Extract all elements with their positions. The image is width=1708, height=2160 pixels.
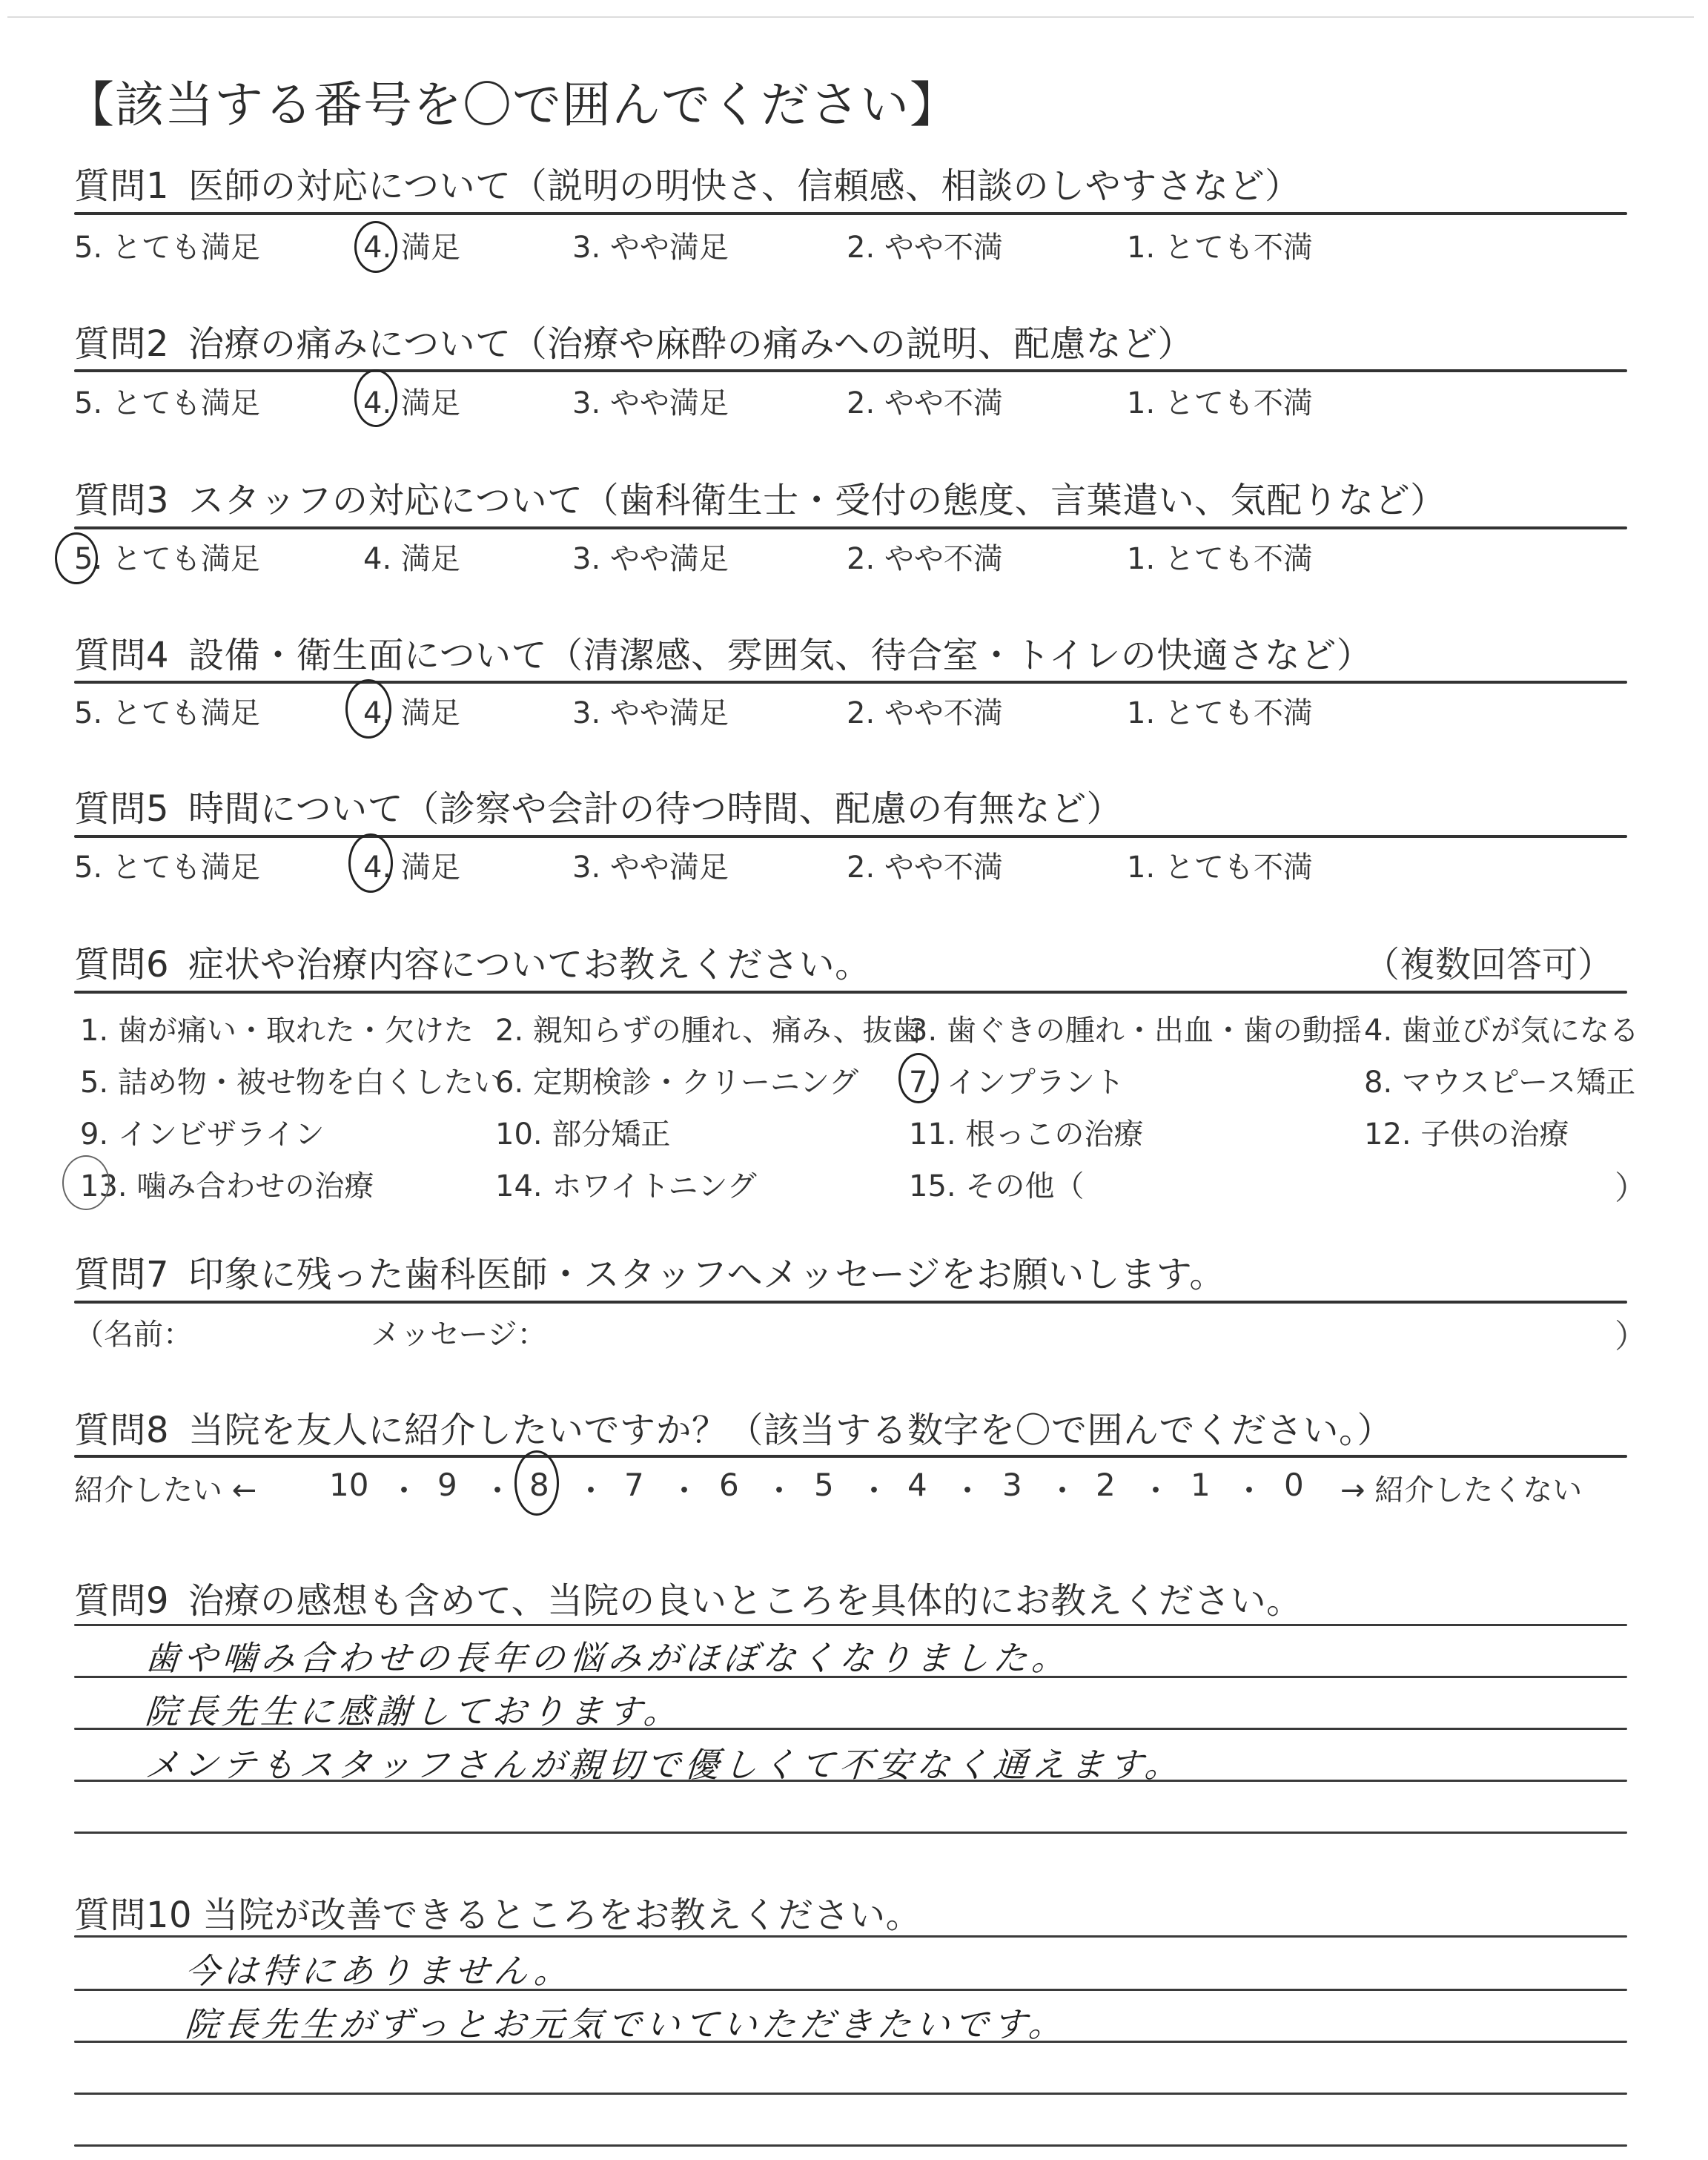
name-field[interactable] xyxy=(193,1311,356,1345)
rating-option-3[interactable]: 3. やや満足 xyxy=(572,844,729,886)
answer-line xyxy=(74,2144,1627,2147)
handwritten-answer-line[interactable]: 院長先生がずっとお元気でいていただきたいです。 xyxy=(184,1998,1069,2047)
symptom-option-15-other[interactable]: 15. その他（ xyxy=(909,1163,1084,1205)
question-6-heading: 質問6症状や治療内容についてお教えください。 xyxy=(74,936,871,987)
question-text: 設備・衛生面について（清潔感、雰囲気、待合室・トイレの快適さなど） xyxy=(188,635,1372,676)
rating-option-4[interactable]: 4. 満足 xyxy=(363,535,460,578)
rating-option-5[interactable]: 5. とても満足 xyxy=(74,690,260,732)
scale-separator: ・ xyxy=(858,1467,890,1511)
question-number: 質問6 xyxy=(74,944,169,985)
other-close-paren: ） xyxy=(1615,1161,1647,1209)
scale-separator: ・ xyxy=(482,1467,513,1511)
form-title: 【該当する番号を〇で囲んでください】 xyxy=(65,65,959,136)
question-text: スタッフの対応について（歯科衛生士・受付の態度、言葉遣い、気配りなど） xyxy=(188,480,1446,521)
symptom-option-7[interactable]: 7. インプラント xyxy=(909,1059,1125,1101)
multiple-answers-note: （複数回答可） xyxy=(1364,936,1613,987)
symptom-option-14[interactable]: 14. ホワイトニング xyxy=(495,1163,757,1205)
question-5-heading: 質問5時間について（診察や会計の待つ時間、配慮の有無など） xyxy=(74,780,1122,831)
question-text: 症状や治療内容についてお教えください。 xyxy=(188,944,871,985)
rating-option-3[interactable]: 3. やや満足 xyxy=(572,380,729,422)
question-text: 当院が改善できるところをお教えください。 xyxy=(202,1895,921,1936)
rating-option-1[interactable]: 1. とても不満 xyxy=(1127,690,1313,732)
question-number: 質問4 xyxy=(74,635,169,676)
symptom-option-1[interactable]: 1. 歯が痛い・取れた・欠けた xyxy=(80,1007,474,1049)
question-text: 当院を友人に紹介したいですか？（該当する数字を〇で囲んでください。） xyxy=(188,1410,1393,1451)
question-text: 治療の感想も含めて、当院の良いところを具体的にお教えください。 xyxy=(188,1580,1302,1622)
question-3-heading: 質問3スタッフの対応について（歯科衛生士・受付の態度、言葉遣い、気配りなど） xyxy=(74,472,1446,523)
question-2-heading: 質問2治療の痛みについて（治療や麻酔の痛みへの説明、配慮など） xyxy=(74,315,1194,366)
selection-circle-mark xyxy=(514,1450,559,1516)
scale-6[interactable]: 6 xyxy=(719,1467,739,1503)
rating-option-5[interactable]: 5. とても満足 xyxy=(74,224,260,266)
question-text: 治療の痛みについて（治療や麻酔の痛みへの説明、配慮など） xyxy=(188,323,1194,365)
question-9-heading: 質問9治療の感想も含めて、当院の良いところを具体的にお教えください。 xyxy=(74,1572,1302,1623)
selection-circle-mark xyxy=(354,221,397,273)
question-text: 医師の対応について（説明の明快さ、信頼感、相談のしやすさなど） xyxy=(188,165,1301,207)
handwritten-answer-line[interactable]: 今は特にありません。 xyxy=(184,1944,575,1993)
scale-5[interactable]: 5 xyxy=(814,1467,834,1503)
section-rule xyxy=(74,835,1627,838)
scale-separator: ・ xyxy=(764,1467,795,1511)
rating-option-5[interactable]: 5. とても満足 xyxy=(74,535,260,578)
section-rule xyxy=(74,526,1627,529)
answer-line xyxy=(74,1624,1627,1626)
section-rule xyxy=(74,1301,1627,1304)
scale-separator: ・ xyxy=(1234,1467,1265,1511)
question-number: 質問5 xyxy=(74,788,169,830)
rating-option-2[interactable]: 2. やや不満 xyxy=(847,844,1003,886)
close-paren: ） xyxy=(1615,1309,1647,1357)
answer-line xyxy=(74,2093,1627,2095)
question-4-heading: 質問4設備・衛生面について（清潔感、雰囲気、待合室・トイレの快適さなど） xyxy=(74,627,1372,678)
handwritten-answer-line[interactable]: メンテもスタッフさんが親切で優しくて不安なく通えます。 xyxy=(144,1738,1185,1787)
selection-circle-mark xyxy=(55,532,98,584)
selection-circle-mark xyxy=(348,833,393,893)
scan-top-edge xyxy=(7,16,1694,18)
answer-line xyxy=(74,1832,1627,1834)
selection-circle-mark xyxy=(898,1053,939,1103)
section-rule xyxy=(74,1455,1627,1458)
name-label: （名前： xyxy=(74,1311,193,1353)
question-number: 質問2 xyxy=(74,323,169,365)
rating-option-1[interactable]: 1. とても不満 xyxy=(1127,224,1313,266)
question-number: 質問9 xyxy=(74,1580,169,1622)
rating-option-2[interactable]: 2. やや不満 xyxy=(847,224,1003,266)
rating-option-3[interactable]: 3. やや満足 xyxy=(572,535,729,578)
scale-separator: ・ xyxy=(952,1467,983,1511)
rating-option-1[interactable]: 1. とても不満 xyxy=(1127,844,1313,886)
question-number: 質問10 xyxy=(74,1895,192,1936)
symptom-option-3[interactable]: 3. 歯ぐきの腫れ・出血・歯の動揺 xyxy=(909,1007,1362,1049)
question-text: 印象に残った歯科医師・スタッフへメッセージをお願いします。 xyxy=(188,1254,1225,1295)
question-1-heading: 質問1医師の対応について（説明の明快さ、信頼感、相談のしやすさなど） xyxy=(74,157,1301,208)
scale-separator: ・ xyxy=(388,1467,420,1511)
rating-option-1[interactable]: 1. とても不満 xyxy=(1127,380,1313,422)
question-number: 質問1 xyxy=(74,165,169,207)
rating-option-3[interactable]: 3. やや満足 xyxy=(572,690,729,732)
rating-option-2[interactable]: 2. やや不満 xyxy=(847,380,1003,422)
question-10-heading: 質問10当院が改善できるところをお教えください。 xyxy=(74,1886,921,1938)
rating-option-2[interactable]: 2. やや不満 xyxy=(847,535,1003,578)
symptom-option-6[interactable]: 6. 定期検診・クリーニング xyxy=(495,1059,858,1101)
symptom-option-9[interactable]: 9. インビザライン xyxy=(80,1111,325,1153)
rating-option-2[interactable]: 2. やや不満 xyxy=(847,690,1003,732)
scale-separator: ・ xyxy=(1047,1467,1078,1511)
scale-2[interactable]: 2 xyxy=(1096,1467,1116,1503)
rating-option-1[interactable]: 1. とても不満 xyxy=(1127,535,1313,578)
rating-option-3[interactable]: 3. やや満足 xyxy=(572,224,729,266)
scale-separator: ・ xyxy=(1140,1467,1171,1511)
rating-option-5[interactable]: 5. とても満足 xyxy=(74,844,260,886)
not-recommend-label: → 紹介したくない xyxy=(1340,1467,1582,1509)
handwritten-answer-line[interactable]: 歯や噛み合わせの長年の悩みがほぼなくなりました。 xyxy=(144,1631,1073,1680)
scale-9[interactable]: 9 xyxy=(437,1467,457,1503)
question-8-heading: 質問8当院を友人に紹介したいですか？（該当する数字を〇で囲んでください。） xyxy=(74,1401,1393,1453)
symptom-option-12[interactable]: 12. 子供の治療 xyxy=(1364,1111,1569,1153)
handwritten-answer-line[interactable]: 院長先生に感謝しております。 xyxy=(144,1685,684,1734)
selection-circle-mark xyxy=(62,1155,110,1210)
scale-3[interactable]: 3 xyxy=(1002,1467,1022,1503)
question-number: 質問3 xyxy=(74,480,169,521)
symptom-option-4[interactable]: 4. 歯並びが気になる xyxy=(1364,1007,1639,1049)
section-rule xyxy=(74,369,1627,372)
question-number: 質問7 xyxy=(74,1254,169,1295)
message-field[interactable] xyxy=(563,1311,1586,1345)
recommend-label: 紹介したい ← xyxy=(74,1467,256,1509)
section-rule xyxy=(74,681,1627,684)
symptom-option-13[interactable]: 13. 噛み合わせの治療 xyxy=(80,1163,374,1205)
selection-circle-mark xyxy=(354,369,397,427)
symptom-option-8[interactable]: 8. マウスピース矯正 xyxy=(1364,1059,1635,1101)
message-label: メッセージ： xyxy=(371,1311,547,1353)
question-7-heading: 質問7印象に残った歯科医師・スタッフへメッセージをお願いします。 xyxy=(74,1246,1225,1297)
symptom-option-5[interactable]: 5. 詰め物・被せ物を白くしたい xyxy=(80,1059,503,1101)
rating-option-5[interactable]: 5. とても満足 xyxy=(74,380,260,422)
symptom-option-10[interactable]: 10. 部分矯正 xyxy=(495,1111,670,1153)
selection-circle-mark xyxy=(345,679,391,739)
symptom-option-11[interactable]: 11. 根っこの治療 xyxy=(909,1111,1143,1153)
scale-1[interactable]: 1 xyxy=(1191,1467,1211,1503)
scale-4[interactable]: 4 xyxy=(907,1467,927,1503)
scale-10[interactable]: 10 xyxy=(329,1467,368,1503)
scale-separator: ・ xyxy=(669,1467,700,1511)
scale-separator: ・ xyxy=(575,1467,606,1511)
answer-line xyxy=(74,1935,1627,1938)
section-rule xyxy=(74,212,1627,215)
section-rule xyxy=(74,991,1627,994)
question-text: 時間について（診察や会計の待つ時間、配慮の有無など） xyxy=(188,788,1122,830)
question-number: 質問8 xyxy=(74,1410,169,1451)
symptom-option-2[interactable]: 2. 親知らずの腫れ、痛み、抜歯 xyxy=(495,1007,922,1049)
scale-7[interactable]: 7 xyxy=(624,1467,644,1503)
scale-0[interactable]: 0 xyxy=(1284,1467,1304,1503)
